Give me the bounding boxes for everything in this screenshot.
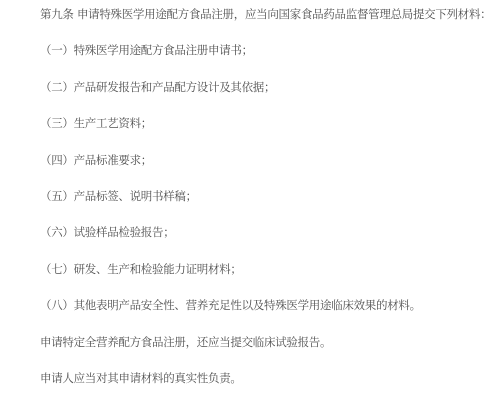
closing-paragraph-2: 申请人应当对其申请材料的真实性负责。 bbox=[40, 371, 495, 386]
article-intro-paragraph: 第九条 申请特殊医学用途配方食品注册，应当向国家食品药品监督管理总局提交下列材料… bbox=[40, 7, 495, 22]
list-item-5: （五）产品标签、说明书样稿； bbox=[40, 189, 495, 204]
list-item-6: （六）试验样品检验报告； bbox=[40, 225, 495, 240]
document-page: 第九条 申请特殊医学用途配方食品注册，应当向国家食品药品监督管理总局提交下列材料… bbox=[0, 0, 499, 411]
list-item-4: （四）产品标准要求； bbox=[40, 153, 495, 168]
list-item-8: （八）其他表明产品安全性、营养充足性以及特殊医学用途临床效果的材料。 bbox=[40, 298, 495, 313]
list-item-1: （一）特殊医学用途配方食品注册申请书； bbox=[40, 43, 495, 58]
list-item-3: （三）生产工艺资料； bbox=[40, 116, 495, 131]
list-item-2: （二）产品研发报告和产品配方设计及其依据； bbox=[40, 80, 495, 95]
closing-paragraph-1: 申请特定全营养配方食品注册，还应当提交临床试验报告。 bbox=[40, 335, 495, 350]
list-item-7: （七）研发、生产和检验能力证明材料； bbox=[40, 262, 495, 277]
